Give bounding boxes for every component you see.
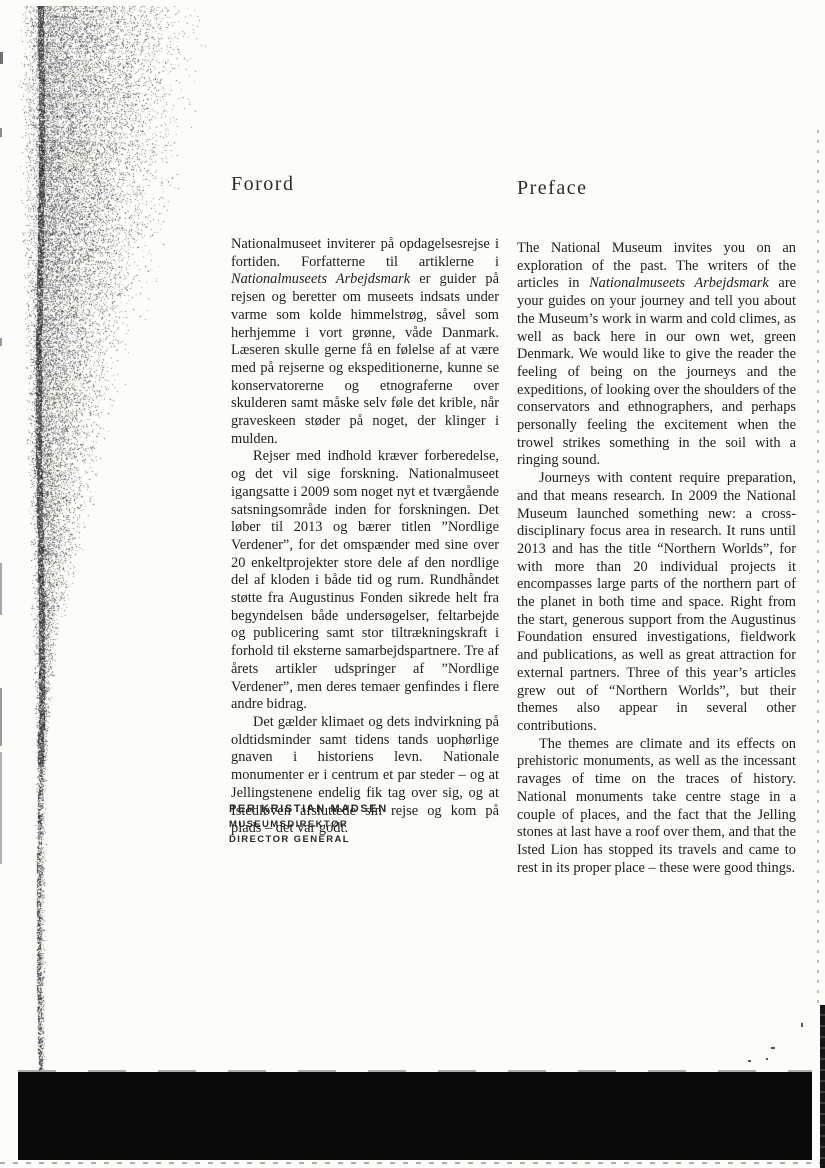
heading-preface: Preface (517, 176, 796, 200)
column-english: Preface The National Museum invites you … (517, 176, 796, 877)
scan-bottom-dust-line (0, 1162, 825, 1164)
scan-edge-tick (0, 52, 3, 64)
scan-right-edge-strip (820, 1005, 825, 1168)
scan-black-bar (18, 1072, 812, 1160)
scan-edge-tick (0, 563, 2, 615)
scanned-page: Forord Nationalmuseet inviterer på opdag… (0, 0, 825, 1168)
scan-gutter-noise (0, 6, 230, 1072)
english-paragraph-1: The National Museum invites you on an ex… (517, 240, 796, 470)
signature-block: PER KRISTIAN MADSEN MUSEUMSDIREKTØR DIRE… (229, 801, 388, 847)
danish-body: Nationalmuseet inviterer på opdagelsesre… (231, 236, 499, 838)
scan-edge-tick (0, 128, 2, 137)
signature-name: PER KRISTIAN MADSEN (229, 801, 388, 817)
signature-title-english: DIRECTOR GENERAL (229, 832, 388, 847)
scan-speck (766, 1058, 768, 1060)
scan-edge-tick (0, 338, 2, 346)
english-paragraph-3: The themes are climate and its effects o… (517, 736, 796, 878)
scan-right-dotted-line (817, 130, 819, 1010)
scan-edge-tick (0, 688, 2, 746)
english-body: The National Museum invites you on an ex… (517, 240, 796, 877)
english-paragraph-2: Journeys with content require preparatio… (517, 470, 796, 736)
scan-speck (801, 1023, 803, 1027)
scan-speck (771, 1047, 775, 1049)
scan-edge-tick (0, 752, 2, 864)
danish-paragraph-1: Nationalmuseet inviterer på opdagelsesre… (231, 236, 499, 448)
column-danish: Forord Nationalmuseet inviterer på opdag… (231, 172, 499, 838)
heading-forord: Forord (231, 172, 499, 196)
danish-paragraph-2: Rejser med indhold kræver forberedelse, … (231, 448, 499, 714)
signature-title-danish: MUSEUMSDIREKTØR (229, 817, 388, 832)
scan-speck (748, 1060, 751, 1062)
